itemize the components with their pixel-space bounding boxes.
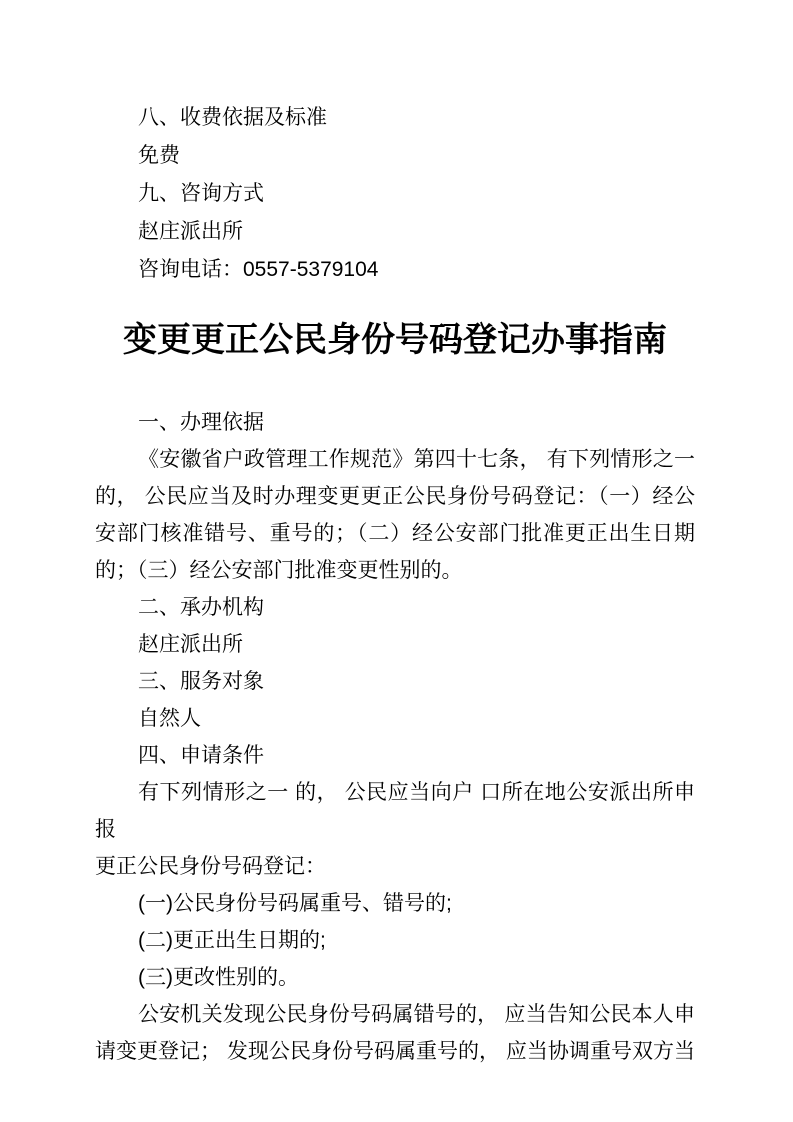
section2-body: 赵庄派出所: [95, 626, 695, 663]
section1-heading: 一、办理依据: [95, 404, 695, 441]
guide-content: 一、办理依据 《安徽省户政管理工作规范》第四十七条， 有下列情形之一 的， 公民…: [95, 404, 695, 1070]
fee-value: 免费: [95, 137, 695, 175]
section2-heading: 二、承办机构: [95, 589, 695, 626]
section1-paragraph-line: 安部门核准错号、重号的；（二）经公安部门批准更正出生日期: [95, 515, 695, 552]
closing-paragraph-line: 请变更登记； 发现公民身份号码属重号的， 应当协调重号双方当: [95, 1033, 695, 1070]
section4-heading: 四、申请条件: [95, 737, 695, 774]
phone-line: 咨询电话：0557-5379104: [95, 251, 695, 289]
section9-heading: 九、咨询方式: [95, 175, 695, 213]
closing-paragraph-line: 公安机关发现公民身份号码属错号的， 应当告知公民本人申: [95, 996, 695, 1033]
section4-item: (三)更改性别的。: [95, 959, 695, 996]
section3-body: 自然人: [95, 700, 695, 737]
section1-paragraph-line: 的， 公民应当及时办理变更更正公民身份号码登记：（一）经公: [95, 478, 695, 515]
section1-paragraph-line: 的；（三）经公安部门批准变更性别的。: [95, 552, 695, 589]
section3-heading: 三、服务对象: [95, 663, 695, 700]
document-title: 变更更正公民身份号码登记办事指南: [95, 315, 695, 365]
section8-heading: 八、收费依据及标准: [95, 99, 695, 137]
section4-intro-line: 更正公民身份号码登记：: [95, 848, 695, 885]
section4-intro-line: 有下列情形之一 的， 公民应当向户 口所在地公安派出所申报: [95, 774, 695, 848]
section4-item: (一)公民身份号码属重号、错号的;: [95, 885, 695, 922]
document-body: 八、收费依据及标准 免费 九、咨询方式 赵庄派出所 咨询电话：0557-5379…: [95, 99, 695, 1070]
previous-page-fragment: 八、收费依据及标准 免费 九、咨询方式 赵庄派出所 咨询电话：0557-5379…: [95, 99, 695, 289]
document-page: 八、收费依据及标准 免费 九、咨询方式 赵庄派出所 咨询电话：0557-5379…: [0, 0, 793, 1122]
agency-name: 赵庄派出所: [95, 213, 695, 251]
section1-paragraph-line: 《安徽省户政管理工作规范》第四十七条， 有下列情形之一: [95, 441, 695, 478]
section4-item: (二)更正出生日期的;: [95, 922, 695, 959]
